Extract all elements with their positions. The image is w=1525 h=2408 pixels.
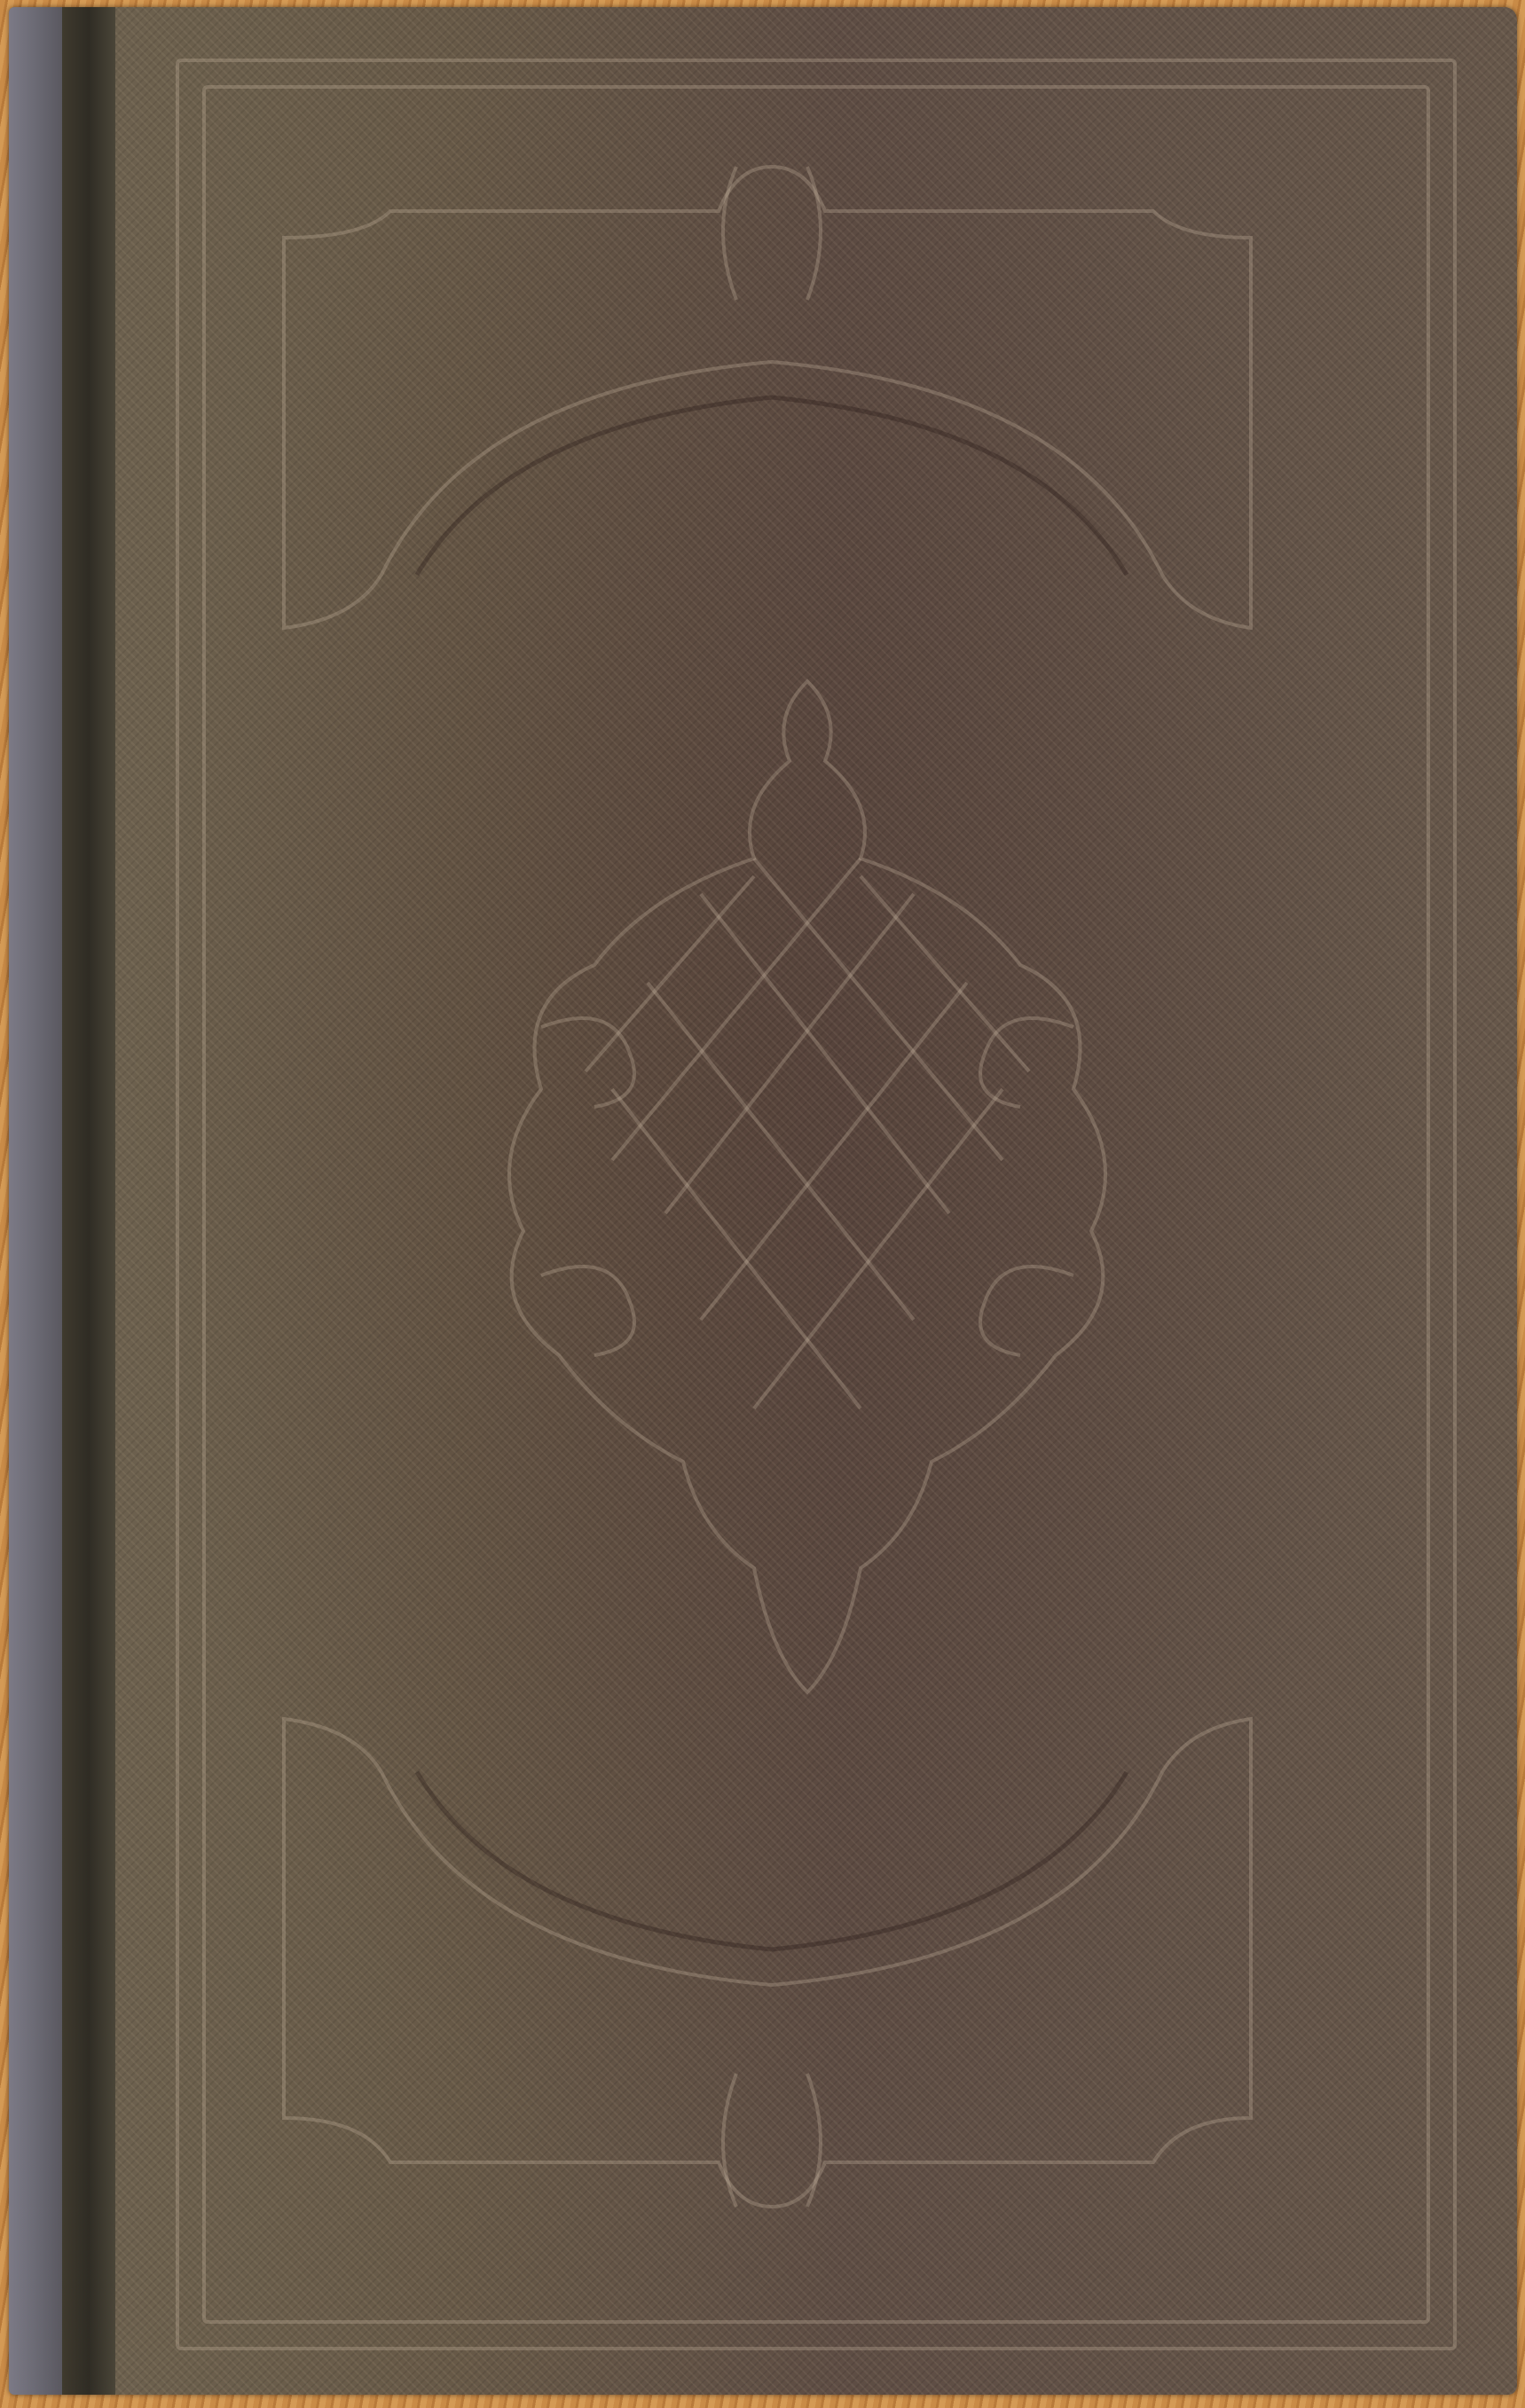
photo-scene bbox=[0, 0, 1525, 2408]
inner-border-frame bbox=[204, 87, 1428, 2322]
blind-stamped-ornament bbox=[9, 7, 1517, 2395]
book-cover bbox=[9, 7, 1517, 2395]
central-lattice-medallion bbox=[509, 681, 1105, 1692]
